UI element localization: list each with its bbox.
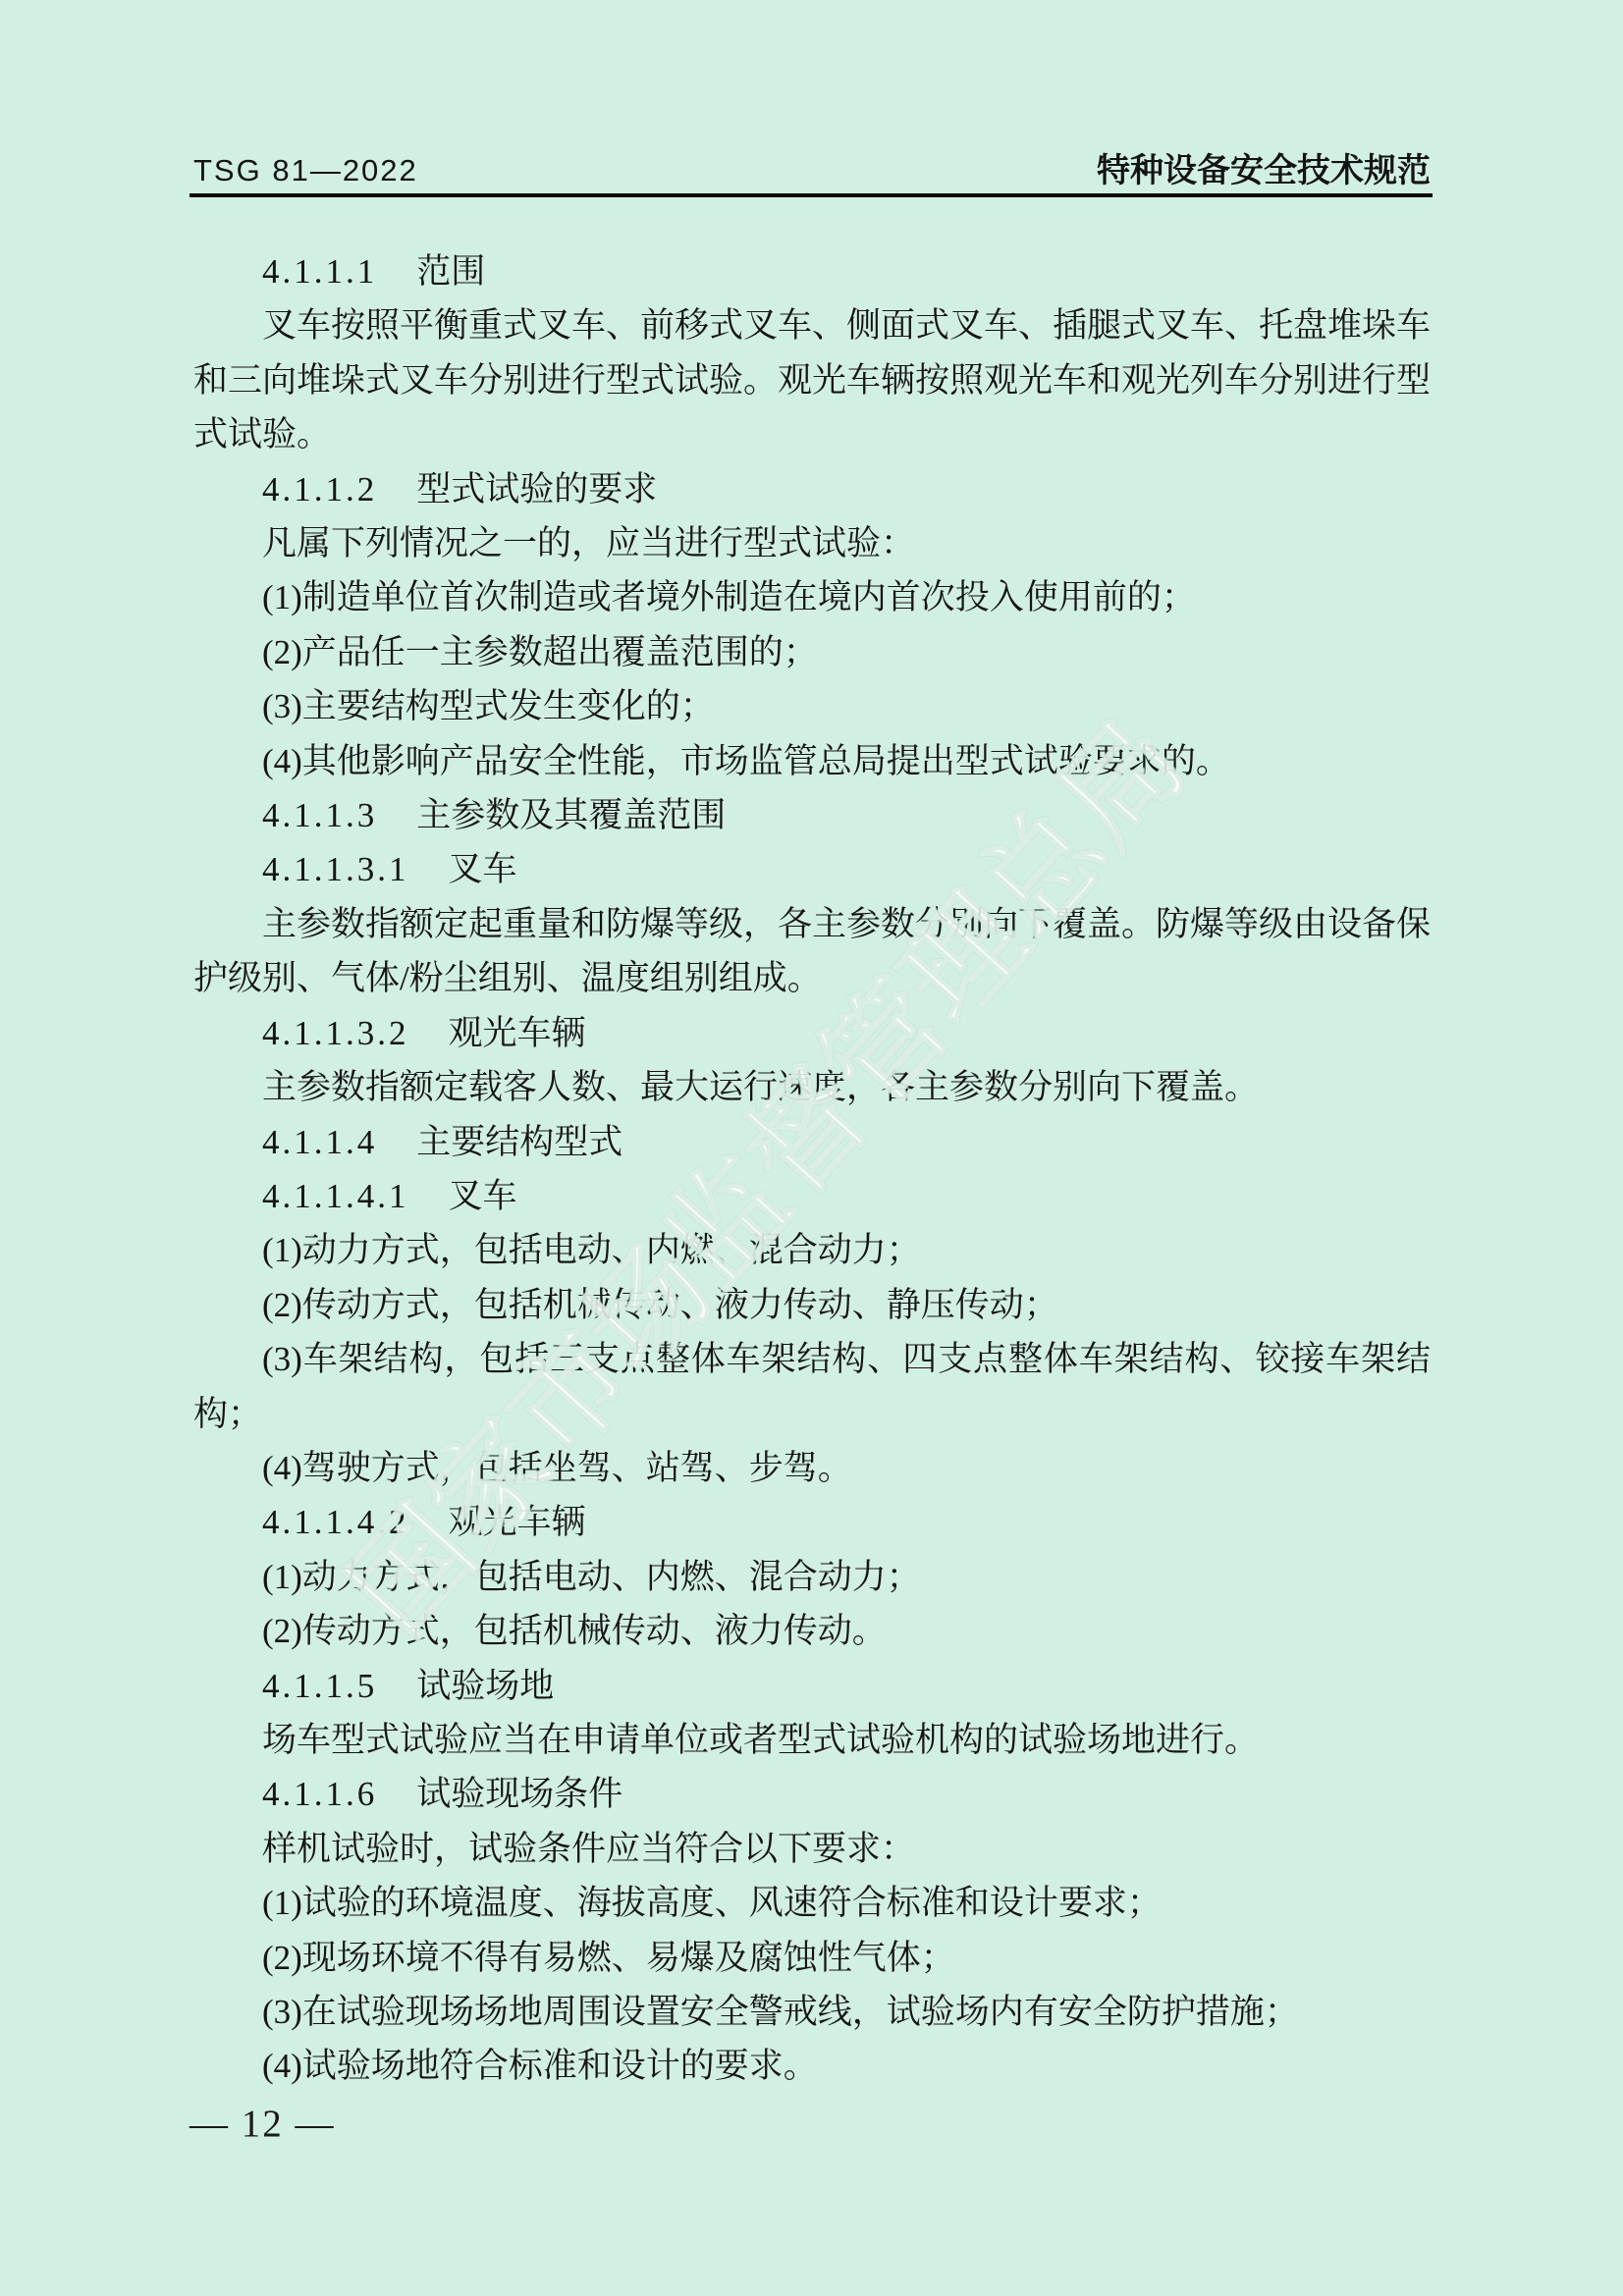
section-heading: 4.1.1.4.2观光车辆 [193,1495,1431,1549]
body-paragraph: (2)传动方式，包括机械传动、液力传动、静压传动； [193,1278,1431,1332]
section-title: 型式试验的要求 [416,470,657,508]
section-heading: 4.1.1.2型式试验的要求 [193,462,1431,516]
section-number: 4.1.1.3 [262,796,377,834]
body-paragraph: (3)在试验现场场地周围设置安全警戒线，试验场内有安全防护措施； [193,1985,1431,2039]
section-title: 主要结构型式 [416,1123,622,1161]
body-paragraph: (1)动力方式，包括电动、内燃、混合动力； [193,1223,1431,1277]
section-number: 4.1.1.2 [262,470,377,508]
body-paragraph: (4)其他影响产品安全性能，市场监管总局提出型式试验要求的。 [193,734,1431,788]
section-number: 4.1.1.4 [262,1123,377,1161]
body-paragraph: 叉车按照平衡重式叉车、前移式叉车、侧面式叉车、插腿式叉车、托盘堆垛车和三向堆垛式… [193,298,1431,461]
document-body: 4.1.1.1范围叉车按照平衡重式叉车、前移式叉车、侧面式叉车、插腿式叉车、托盘… [193,244,1431,2094]
body-paragraph: (3)车架结构，包括三支点整体车架结构、四支点整体车架结构、铰接车架结构； [193,1332,1431,1441]
section-title: 观光车辆 [449,1503,586,1541]
section-heading: 4.1.1.3.1叉车 [193,842,1431,896]
body-paragraph: (4)试验场地符合标准和设计的要求。 [193,2039,1431,2093]
section-number: 4.1.1.3.1 [262,850,409,888]
body-paragraph: (1)试验的环境温度、海拔高度、风速符合标准和设计要求； [193,1876,1431,1930]
section-number: 4.1.1.5 [262,1667,377,1705]
section-title: 观光车辆 [449,1014,586,1052]
body-paragraph: 样机试验时，试验条件应当符合以下要求： [193,1822,1431,1876]
section-heading: 4.1.1.1范围 [193,244,1431,298]
section-number: 4.1.1.3.2 [262,1014,409,1052]
section-title: 叉车 [449,1177,517,1215]
section-title: 试验现场条件 [416,1775,622,1813]
page-number: — 12 — [189,2103,336,2146]
document-page: TSG 81—2022 特种设备安全技术规范 4.1.1.1范围叉车按照平衡重式… [0,0,1623,2296]
section-number: 4.1.1.4.1 [262,1177,409,1215]
body-paragraph: 场车型式试验应当在申请单位或者型式试验机构的试验场地进行。 [193,1713,1431,1767]
header-rule [189,193,1433,197]
body-paragraph: 主参数指额定载客人数、最大运行速度，各主参数分别向下覆盖。 [193,1060,1431,1114]
body-paragraph: 主参数指额定起重量和防爆等级，各主参数分别向下覆盖。防爆等级由设备保护级别、气体… [193,897,1431,1006]
section-heading: 4.1.1.3主参数及其覆盖范围 [193,788,1431,842]
section-heading: 4.1.1.4主要结构型式 [193,1115,1431,1169]
section-title: 叉车 [449,850,517,888]
body-paragraph: (4)驾驶方式，包括坐驾、站驾、步驾。 [193,1441,1431,1495]
section-number: 4.1.1.6 [262,1775,377,1813]
body-paragraph: (3)主要结构型式发生变化的； [193,679,1431,733]
section-title: 范围 [416,252,485,291]
section-heading: 4.1.1.5试验场地 [193,1659,1431,1713]
section-heading: 4.1.1.3.2观光车辆 [193,1006,1431,1060]
body-paragraph: (1)动力方式，包括电动、内燃、混合动力； [193,1550,1431,1604]
body-paragraph: (1)制造单位首次制造或者境外制造在境内首次投入使用前的； [193,570,1431,624]
body-paragraph: 凡属下列情况之一的，应当进行型式试验： [193,516,1431,570]
header-document-title: 特种设备安全技术规范 [1097,153,1431,188]
section-title: 主参数及其覆盖范围 [416,796,726,834]
section-heading: 4.1.1.4.1叉车 [193,1169,1431,1223]
section-heading: 4.1.1.6试验现场条件 [193,1767,1431,1821]
header-document-code: TSG 81—2022 [193,155,418,187]
section-title: 试验场地 [416,1667,554,1705]
body-paragraph: (2)现场环境不得有易燃、易爆及腐蚀性气体； [193,1931,1431,1985]
body-paragraph: (2)传动方式，包括机械传动、液力传动。 [193,1604,1431,1658]
body-paragraph: (2)产品任一主参数超出覆盖范围的； [193,625,1431,679]
section-number: 4.1.1.4.2 [262,1503,409,1541]
section-number: 4.1.1.1 [262,252,377,291]
